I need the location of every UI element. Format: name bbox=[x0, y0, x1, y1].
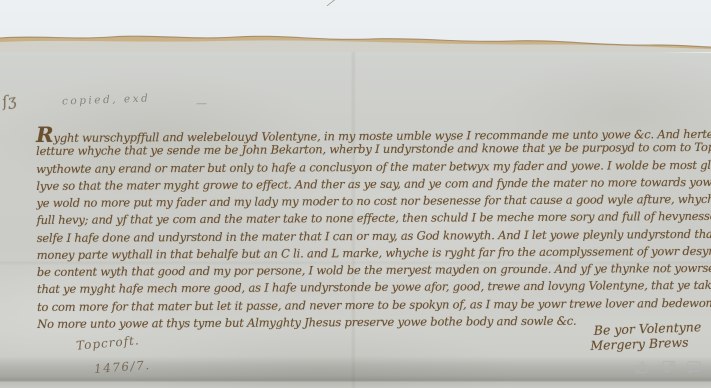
manuscript-paper: ſʒ copied, exd — Ryght wurschypffull and… bbox=[0, 34, 711, 388]
pencil-dash: — bbox=[196, 97, 207, 110]
pencil-note-copied: copied, exd bbox=[62, 92, 151, 107]
signature-line: Mergery Brews bbox=[590, 334, 702, 353]
comment-icon[interactable] bbox=[685, 358, 703, 376]
margin-marks: ſʒ bbox=[1, 91, 18, 111]
thumbs-down-icon[interactable] bbox=[659, 358, 677, 376]
feedback-toolbar bbox=[633, 358, 703, 376]
place-annotation: Topcroft. bbox=[76, 333, 141, 353]
manuscript-photo-view: ſʒ copied, exd — Ryght wurschypffull and… bbox=[0, 0, 711, 388]
signature-block: Be yor Volentyne Mergery Brews bbox=[594, 319, 702, 353]
letter-text-block: Ryght wurschypffull and welebelouyd Vole… bbox=[36, 121, 711, 333]
top-mark: ⁄ bbox=[328, 0, 335, 11]
date-annotation: 1476/7. bbox=[94, 358, 151, 376]
thumbs-up-icon[interactable] bbox=[633, 358, 651, 376]
